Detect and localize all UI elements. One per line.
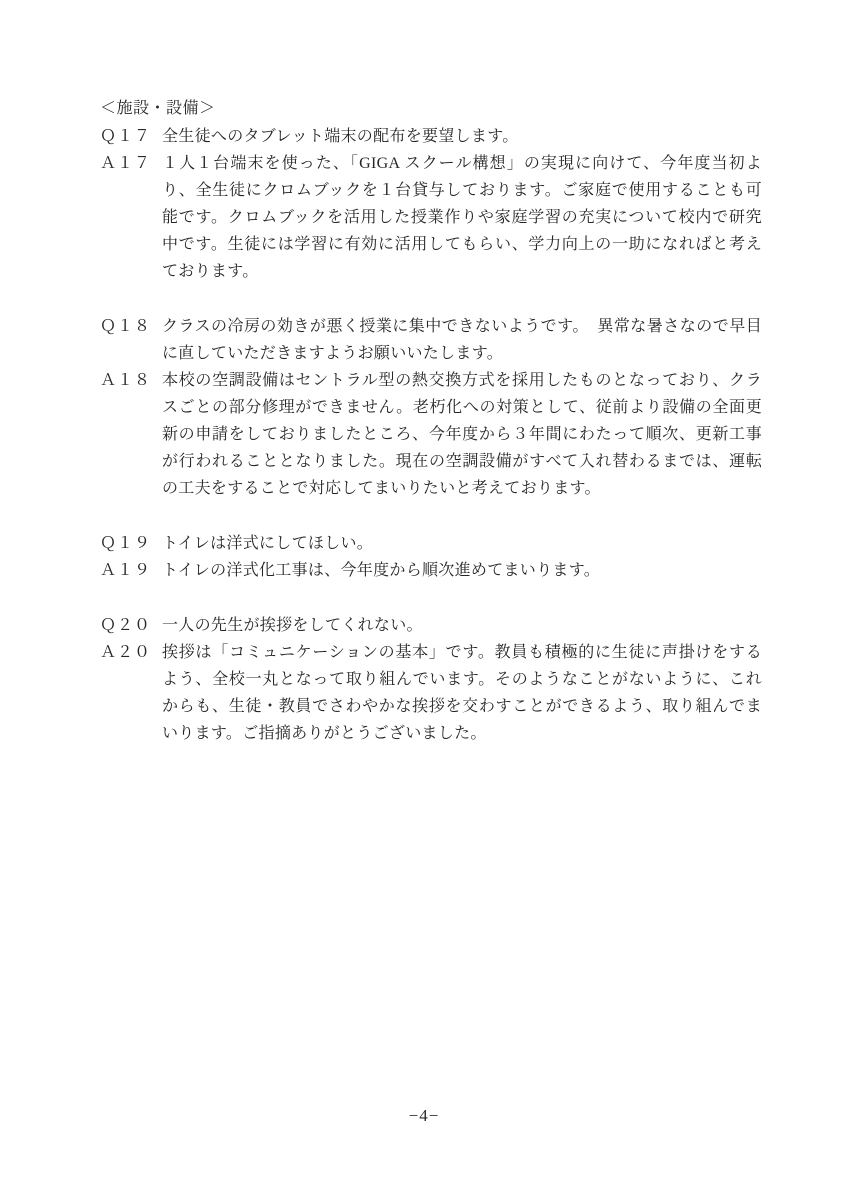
answer-label: Ａ１７ <box>100 150 162 177</box>
page-content: ＜施設・設備＞ Ｑ１７ 全生徒へのタブレット端末の配布を要望します。 Ａ１７ １… <box>100 96 762 747</box>
qa-block-q20: Ｑ２０ 一人の先生が挨拶をしてくれない。 Ａ２０ 挨拶は「コミュニケーションの基… <box>100 612 762 747</box>
question-label: Ｑ１９ <box>100 530 162 557</box>
question-label: Ｑ２０ <box>100 612 162 639</box>
question-text: 一人の先生が挨拶をしてくれない。 <box>162 612 762 639</box>
question-label: Ｑ１７ <box>100 123 162 150</box>
document-page: ＜施設・設備＞ Ｑ１７ 全生徒へのタブレット端末の配布を要望します。 Ａ１７ １… <box>0 0 848 1200</box>
question-row: Ｑ１９ トイレは洋式にしてほしい。 <box>100 530 762 557</box>
question-row: Ｑ２０ 一人の先生が挨拶をしてくれない。 <box>100 612 762 639</box>
question-text: クラスの冷房の効きが悪く授業に集中できないようです。 異常な暑さなので早目に直し… <box>162 313 762 367</box>
answer-label: Ａ１９ <box>100 557 162 584</box>
page-number: −4− <box>0 1102 848 1129</box>
question-text: トイレは洋式にしてほしい。 <box>162 530 762 557</box>
qa-block-q17: Ｑ１７ 全生徒へのタブレット端末の配布を要望します。 Ａ１７ １人１台端末を使っ… <box>100 123 762 285</box>
question-row: Ｑ１７ 全生徒へのタブレット端末の配布を要望します。 <box>100 123 762 150</box>
answer-row: Ａ１９ トイレの洋式化工事は、今年度から順次進めてまいります。 <box>100 557 762 584</box>
answer-row: Ａ２０ 挨拶は「コミュニケーションの基本」です。教員も積極的に生徒に声掛けをする… <box>100 639 762 747</box>
answer-text: 本校の空調設備はセントラル型の熱交換方式を採用したものとなっており、クラスごとの… <box>162 367 762 502</box>
answer-text: １人１台端末を使った、「GIGA スクール構想」の実現に向けて、今年度当初より、… <box>162 150 762 285</box>
answer-text: トイレの洋式化工事は、今年度から順次進めてまいります。 <box>162 557 762 584</box>
answer-text: 挨拶は「コミュニケーションの基本」です。教員も積極的に生徒に声掛けをするよう、全… <box>162 639 762 747</box>
section-title: ＜施設・設備＞ <box>100 96 762 121</box>
question-row: Ｑ１８ クラスの冷房の効きが悪く授業に集中できないようです。 異常な暑さなので早… <box>100 313 762 367</box>
question-text: 全生徒へのタブレット端末の配布を要望します。 <box>162 123 762 150</box>
answer-label: Ａ２０ <box>100 639 162 666</box>
qa-block-q18: Ｑ１８ クラスの冷房の効きが悪く授業に集中できないようです。 異常な暑さなので早… <box>100 313 762 502</box>
question-label: Ｑ１８ <box>100 313 162 340</box>
answer-row: Ａ１７ １人１台端末を使った、「GIGA スクール構想」の実現に向けて、今年度当… <box>100 150 762 285</box>
answer-label: Ａ１８ <box>100 367 162 394</box>
answer-row: Ａ１８ 本校の空調設備はセントラル型の熱交換方式を採用したものとなっており、クラ… <box>100 367 762 502</box>
qa-block-q19: Ｑ１９ トイレは洋式にしてほしい。 Ａ１９ トイレの洋式化工事は、今年度から順次… <box>100 530 762 584</box>
